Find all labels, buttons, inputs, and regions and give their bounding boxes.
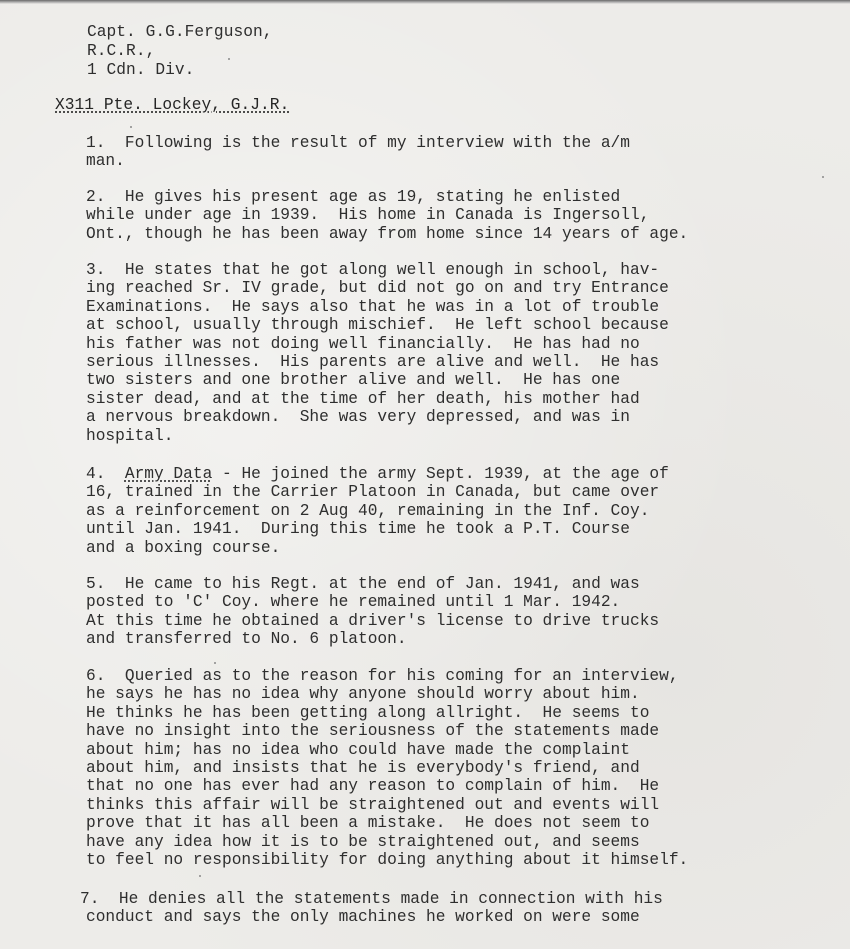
paragraph-line: He thinks he has been getting along allr…	[86, 704, 688, 722]
paragraph-line: serious illnesses. His parents are alive…	[86, 353, 669, 371]
paper-speck	[130, 126, 132, 128]
paragraph-line: Ont., though he has been away from home …	[86, 225, 688, 243]
paragraph-line: prove that it has all been a mistake. He…	[86, 814, 688, 832]
paragraph-2: 2. He gives his present age as 19, stati…	[86, 188, 688, 243]
paragraph-line: posted to 'C' Coy. where he remained unt…	[86, 593, 659, 611]
paper-speck	[228, 58, 230, 60]
paragraph-line: that no one has ever had any reason to c…	[86, 777, 688, 795]
paragraph-line: 1. Following is the result of my intervi…	[86, 134, 630, 152]
paragraph-line: At this time he obtained a driver's lice…	[86, 612, 659, 630]
addressee-line-name: Capt. G.G.Ferguson,	[87, 23, 273, 41]
paragraph-line: and transferred to No. 6 platoon.	[86, 630, 659, 648]
paragraph-line: 6. Queried as to the reason for his comi…	[86, 667, 688, 685]
paragraph-line: while under age in 1939. His home in Can…	[86, 206, 688, 224]
paragraph-5: 5. He came to his Regt. at the end of Ja…	[86, 575, 659, 649]
paragraph-line: about him; has no idea who could have ma…	[86, 741, 688, 759]
page-top-edge-shadow	[0, 0, 850, 4]
army-data-heading: Army Data	[125, 465, 212, 483]
paragraph-line: two sisters and one brother alive and we…	[86, 371, 669, 389]
paragraph-line: thinks this affair will be straightened …	[86, 796, 688, 814]
paragraph-line: as a reinforcement on 2 Aug 40, remainin…	[86, 502, 669, 520]
paragraph-number: 4.	[86, 465, 125, 483]
paragraph-line: 4. Army Data - He joined the army Sept. …	[86, 465, 669, 483]
paragraph-1: 1. Following is the result of my intervi…	[86, 134, 630, 171]
paragraph-7: 7. He denies all the statements made in …	[80, 890, 663, 927]
paragraph-line: 16, trained in the Carrier Platoon in Ca…	[86, 483, 669, 501]
addressee-line-unit: R.C.R.,	[87, 42, 155, 60]
paragraph-6: 6. Queried as to the reason for his comi…	[86, 667, 688, 869]
paragraph-line: have any idea how it is to be straighten…	[86, 833, 688, 851]
paper-speck	[199, 875, 201, 877]
paragraph-line: ing reached Sr. IV grade, but did not go…	[86, 279, 669, 297]
paragraph-line: his father was not doing well financiall…	[86, 335, 669, 353]
paragraph-3: 3. He states that he got along well enou…	[86, 261, 669, 445]
paper-speck	[822, 176, 824, 178]
paragraph-line: have no insight into the seriousness of …	[86, 722, 688, 740]
paragraph-line-rest: - He joined the army Sept. 1939, at the …	[212, 465, 669, 483]
subject-line: X311 Pte. Lockey, G.J.R.	[55, 96, 289, 114]
paragraph-line: man.	[86, 152, 630, 170]
typewritten-page: Capt. G.G.Ferguson, R.C.R., 1 Cdn. Div. …	[0, 0, 850, 949]
paragraph-line: 5. He came to his Regt. at the end of Ja…	[86, 575, 659, 593]
paper-speck	[214, 662, 216, 664]
paragraph-line: and a boxing course.	[86, 539, 669, 557]
paragraph-line: at school, usually through mischief. He …	[86, 316, 669, 334]
paragraph-line: a nervous breakdown. She was very depres…	[86, 408, 669, 426]
paragraph-line: until Jan. 1941. During this time he too…	[86, 520, 669, 538]
addressee-line-division: 1 Cdn. Div.	[87, 61, 194, 79]
paragraph-line: about him, and insists that he is everyb…	[86, 759, 688, 777]
paragraph-line: to feel no responsibility for doing anyt…	[86, 851, 688, 869]
paragraph-line: 3. He states that he got along well enou…	[86, 261, 669, 279]
paragraph-line: 7. He denies all the statements made in …	[80, 890, 663, 908]
paragraph-line: sister dead, and at the time of her deat…	[86, 390, 669, 408]
paragraph-line: Examinations. He says also that he was i…	[86, 298, 669, 316]
paragraph-line: 2. He gives his present age as 19, stati…	[86, 188, 688, 206]
paragraph-line: hospital.	[86, 427, 669, 445]
paragraph-line: conduct and says the only machines he wo…	[80, 908, 663, 926]
paragraph-line: he says he has no idea why anyone should…	[86, 685, 688, 703]
paragraph-4: 4. Army Data - He joined the army Sept. …	[86, 465, 669, 557]
